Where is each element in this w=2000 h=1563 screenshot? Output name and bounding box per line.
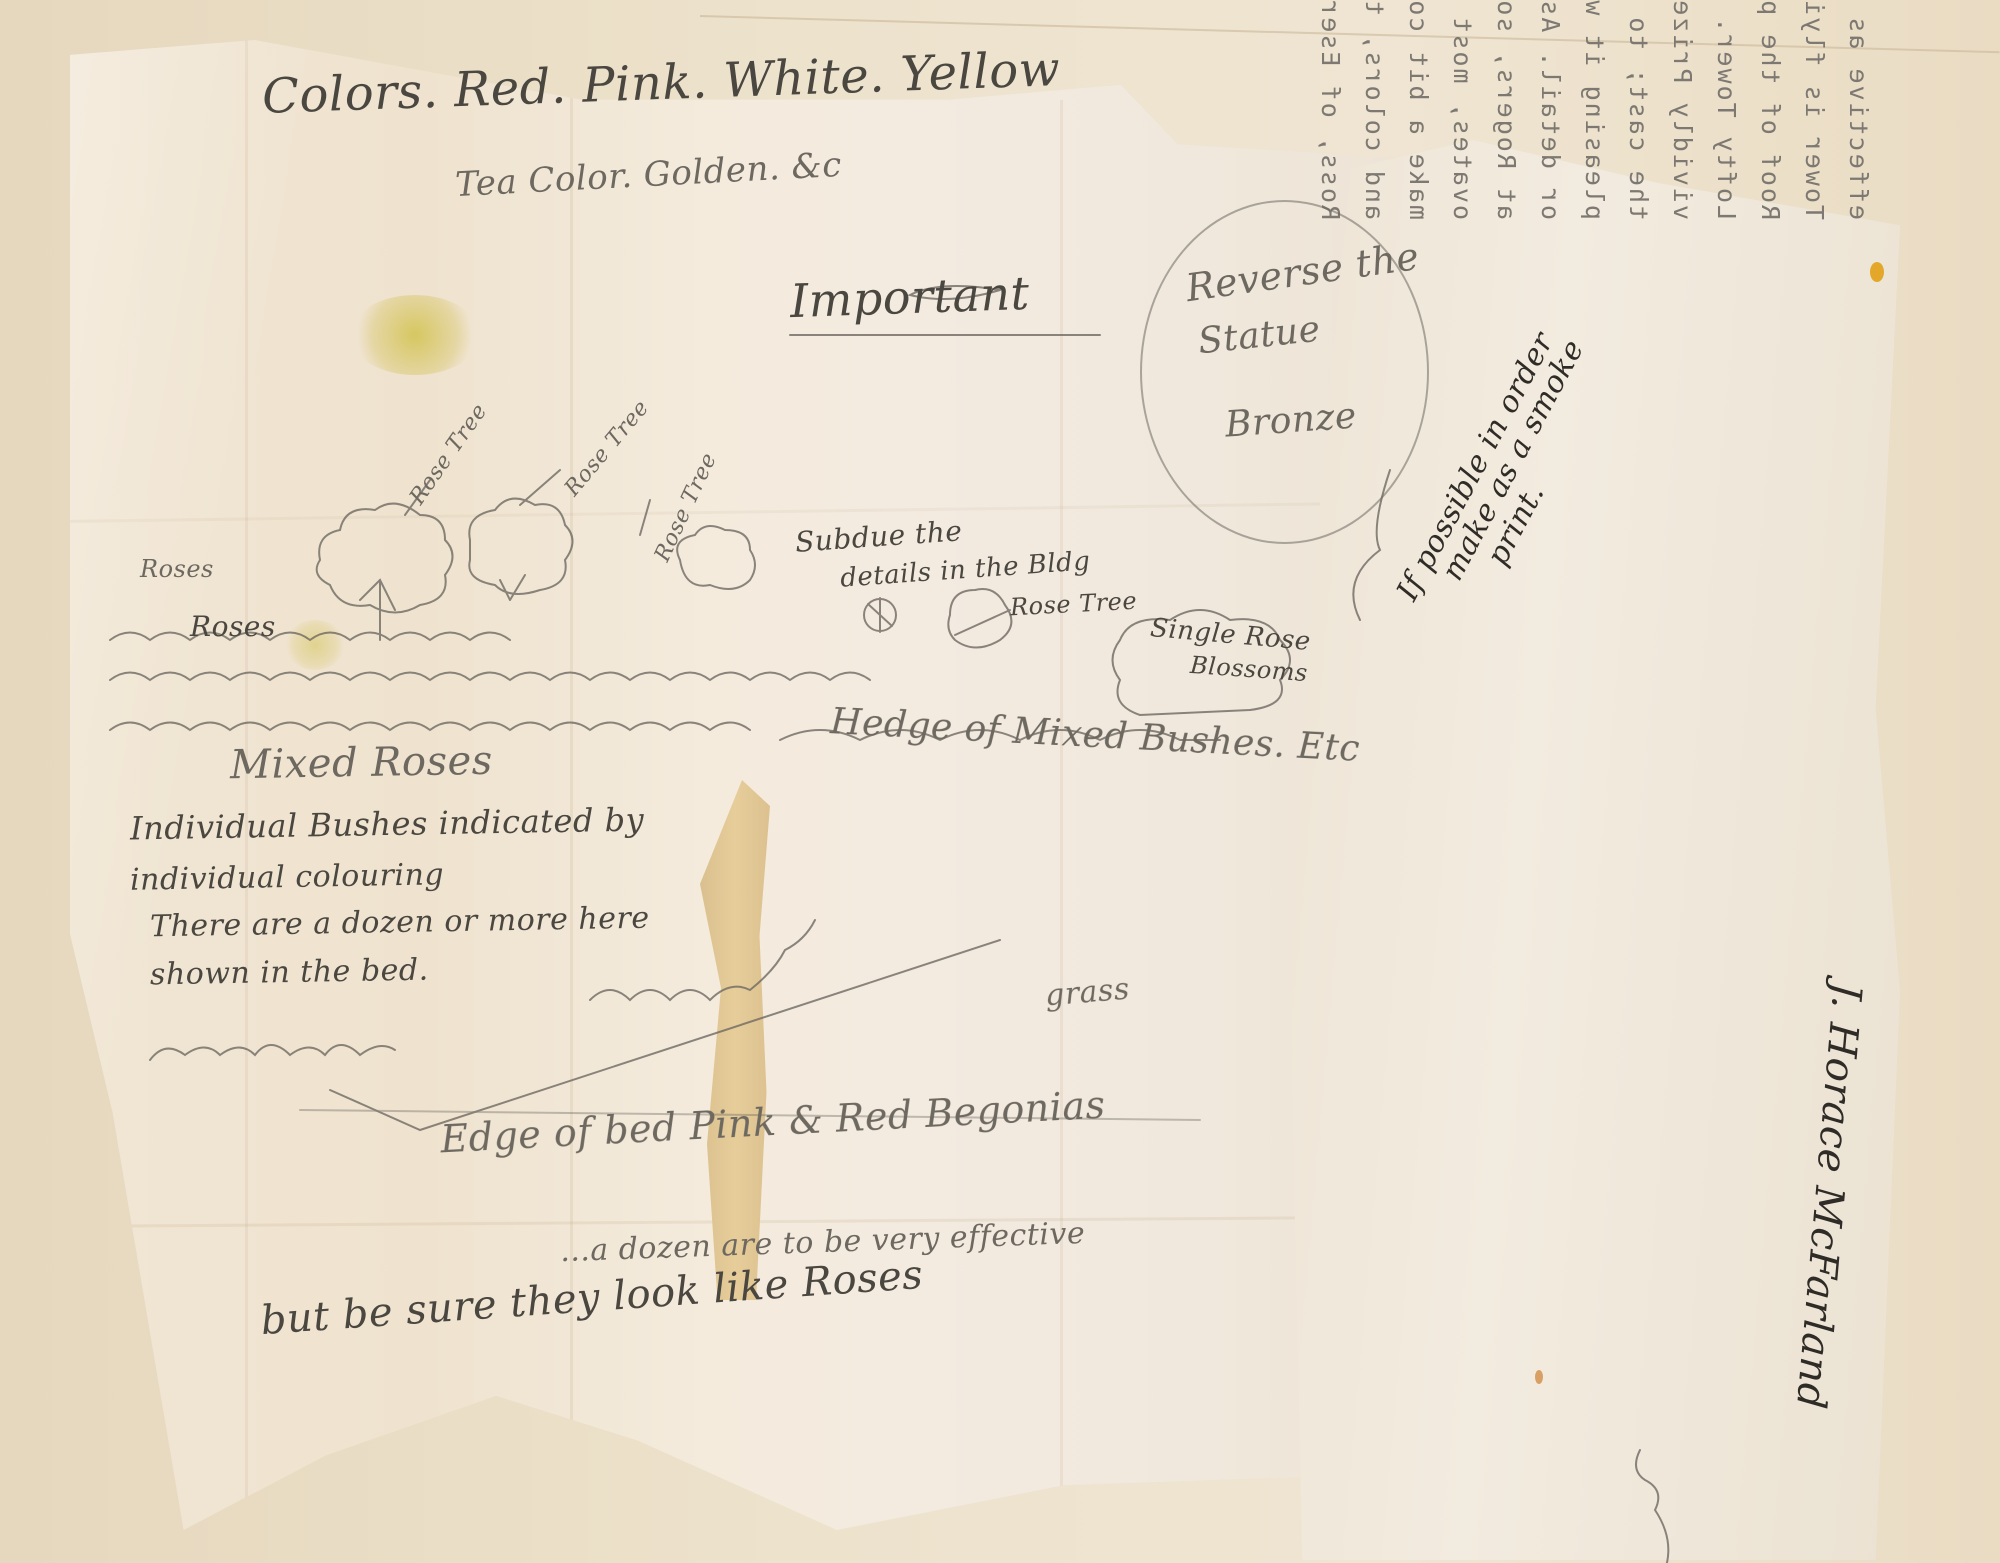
note-individual-4: shown in the bed. [150, 953, 429, 993]
heading-mixed-roses: Mixed Roses [230, 738, 493, 789]
note-individual-2: individual colouring [130, 857, 445, 897]
label-roses: Roses [140, 555, 214, 583]
label-grass: grass [1044, 971, 1131, 1013]
note-important: Important [789, 266, 1030, 328]
label-roses: Roses [190, 610, 276, 643]
rose-tree-sketch [317, 504, 453, 613]
